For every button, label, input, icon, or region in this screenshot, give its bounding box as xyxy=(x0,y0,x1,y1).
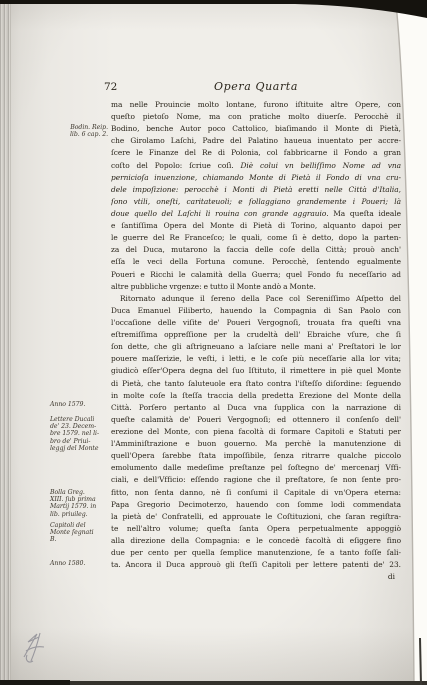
body-text-roman: ta. Ancora il Duca approuò gli ſteſſi Ca… xyxy=(111,560,401,569)
body-line: pernicioſa inuenzione, chiamando Monte d… xyxy=(111,172,401,184)
body-line: pouere maſſerizie, le veſti, i letti, e … xyxy=(111,353,401,365)
body-line: ta. Ancora il Duca approuò gli ſteſſi Ca… xyxy=(111,559,401,571)
body-text-roman: queſto pietoſo Nome, ma con pratiche mol… xyxy=(111,112,401,121)
body-line: ſon dette, che gli aſtrigneuano a laſcia… xyxy=(111,341,401,353)
body-text-italic: ſono vtili, oneſti, caritateuoli; e ſoll… xyxy=(111,197,401,206)
body-line: eſſa le veci della Fortuna comune. Peroc… xyxy=(111,256,401,268)
body-line: l'occaſione delle viſite de' Poueri Verg… xyxy=(111,317,401,329)
body-line: Bodino, benche Autor poco Cattolico, bia… xyxy=(111,123,401,135)
margin-note-line: XIII. ſub prima xyxy=(50,496,108,503)
body-text-roman: te nell'altro volume; queſta ſanta Opera… xyxy=(111,524,401,533)
margin-note: Bolla Greg.XIII. ſub primaMartij 1579. i… xyxy=(50,489,108,518)
body-line: ma nelle Prouincie molto lontane, furono… xyxy=(111,99,401,111)
body-line: Duca Emanuel Filiberto, hauendo la Compa… xyxy=(111,305,401,317)
margin-note: Bodin. Reip.lib. 6 cap. 2. xyxy=(50,124,108,138)
body-line: due per cento per quella ſemplice manute… xyxy=(111,547,401,559)
photo-top-shadow xyxy=(0,0,427,4)
margin-note-line: bre 1579. nel li- xyxy=(50,430,108,437)
body-line: le guerre del Re Franceſco; le quali, co… xyxy=(111,232,401,244)
margin-note: Anno 1580. xyxy=(50,560,108,567)
body-line: Ritornato adunque il ſereno della Pace c… xyxy=(111,293,401,305)
body-line: giudicò eſſer'Opera degna del ſuo Iſtitu… xyxy=(111,365,401,377)
margin-note-line: Martij 1579. in xyxy=(50,503,108,510)
body-line: za del Duca, mutarono la faccia delle co… xyxy=(111,244,401,256)
body-line: in molte coſe la ſteſſa traccia della pr… xyxy=(111,390,401,402)
body-text-roman: Ritornato adunque il ſereno della Pace c… xyxy=(120,294,401,303)
margin-note-line: bro de' Priui- xyxy=(50,438,108,445)
body-line: che Girolamo Laſchi, Padre del Palatino … xyxy=(111,135,401,147)
body-text-roman: due per cento per quella ſemplice manute… xyxy=(111,548,401,557)
body-line: eſtremiſſima oppreſſione per la crudeltà… xyxy=(111,329,401,341)
body-line: fitto, non ſenta danno, nè ſi conſumi il… xyxy=(111,487,401,499)
body-line: l'Amminiſtrazione e buon gouerno. Ma per… xyxy=(111,438,401,450)
body-line: alla direzione della Compagnia: e le con… xyxy=(111,535,401,547)
body-line: Poueri e Ricchi le calamità della Guerra… xyxy=(111,269,401,281)
margin-note-line: Bodin. Reip. xyxy=(50,124,108,131)
body-text-roman: Ma queſta ideale xyxy=(329,209,401,218)
margin-note-line: lib. 6 cap. 2. xyxy=(50,131,108,138)
body-text-roman: ciali, e dell'Vfficio: eſſendo ragione c… xyxy=(111,475,401,484)
body-line: altre pubbliche vrgenze: e tutto il Mont… xyxy=(111,281,401,293)
margin-note-line: Anno 1580. xyxy=(50,560,108,567)
body-text-italic: Diè colui vn belliſſimo Nome ad vna xyxy=(241,161,401,170)
body-text-roman: in molte coſe la ſteſſa traccia della pr… xyxy=(111,391,401,400)
body-text-roman: di Pietà, che tanto ſaluteuole era ſtato… xyxy=(111,379,401,388)
body-text-roman: ma nelle Prouincie molto lontane, furono… xyxy=(111,100,401,109)
book-page-photo: 72 Opera Quarta ma nelle Prouincie molto… xyxy=(0,0,427,685)
body-line: quell'Opera ſarebbe ſtata impoſſibile, ſ… xyxy=(111,450,401,462)
body-line: erezione del Monte, con piena facoltà di… xyxy=(111,426,401,438)
body-line: queſte calamità de' Poueri Vergognoſi; e… xyxy=(111,414,401,426)
margin-note-line: Monte ſegnati xyxy=(50,529,108,536)
body-line: emolumento dalle medeſime preſtanze pel … xyxy=(111,462,401,474)
margin-note: Anno 1579. xyxy=(50,401,108,408)
body-text-roman: e ſantiſſima Opera del Monte di Pietà di… xyxy=(111,221,401,230)
body-text-roman: Città. Porſero pertanto al Duca vna ſupp… xyxy=(111,403,401,412)
body-text-roman: queſte calamità de' Poueri Vergognoſi; e… xyxy=(111,415,401,424)
body-text-roman: emolumento dalle medeſime preſtanze pel … xyxy=(111,463,401,472)
body-line: di Pietà, che tanto ſaluteuole era ſtato… xyxy=(111,378,401,390)
margin-note-line: Bolla Greg. xyxy=(50,489,108,496)
handwritten-mark xyxy=(24,633,44,662)
body-text-roman: l'occaſione delle viſite de' Poueri Verg… xyxy=(111,318,401,327)
body-line: Città. Porſero pertanto al Duca vna ſupp… xyxy=(111,402,401,414)
body-text-roman: eſſa le veci della Fortuna comune. Peroc… xyxy=(111,257,401,266)
body-text-roman: alla direzione della Compagnia: e le con… xyxy=(111,536,401,545)
margin-note-line: Anno 1579. xyxy=(50,401,108,408)
book-page-edges xyxy=(0,0,11,685)
body-line: ſono vtili, oneſti, caritateuoli; e ſoll… xyxy=(111,196,401,208)
body-text-roman: za del Duca, mutarono la faccia delle co… xyxy=(111,245,401,254)
body-text-roman: pouere maſſerizie, le veſti, i letti, e … xyxy=(111,354,401,363)
body-line: ciali, e dell'Vfficio: eſſendo ragione c… xyxy=(111,474,401,486)
body-text-roman: ſon dette, che gli aſtrigneuano a laſcia… xyxy=(111,342,401,351)
body-line: coſto del Popolo: ſcriue coſì. Diè colui… xyxy=(111,160,401,172)
margin-note: Lettere Ducalide' 23. Decem-bre 1579. ne… xyxy=(50,416,108,452)
body-text-roman: ſcere le Finanze del Re di Polonia, col … xyxy=(111,148,401,157)
body-text-roman: Bodino, benche Autor poco Cattolico, bia… xyxy=(111,124,401,133)
catchword: di xyxy=(111,571,401,583)
margin-note-line: de' 23. Decem- xyxy=(50,423,108,430)
margin-note-line: leggj del Monte xyxy=(50,445,108,452)
body-line: queſto pietoſo Nome, ma con pratiche mol… xyxy=(111,111,401,123)
body-text-roman: erezione del Monte, con piena facoltà di… xyxy=(111,427,401,436)
photo-top-right-shadow xyxy=(295,0,427,18)
margin-note-line: B. xyxy=(50,536,108,543)
body-text-roman: Poueri e Ricchi le calamità della Guerra… xyxy=(111,270,401,279)
body-text-italic: dele impoſizione: perocchè i Monti di Pi… xyxy=(111,185,401,194)
body-line: te nell'altro volume; queſta ſanta Opera… xyxy=(111,523,401,535)
body-text-italic: pernicioſa inuenzione, chiamando Monte d… xyxy=(111,173,401,182)
running-title: Opera Quarta xyxy=(111,80,401,93)
body-line: e ſantiſſima Opera del Monte di Pietà di… xyxy=(111,220,401,232)
body-text-roman: altre pubbliche vrgenze: e tutto il Mont… xyxy=(111,282,316,291)
body-text: ma nelle Prouincie molto lontane, furono… xyxy=(111,99,401,583)
margin-note-line: Lettere Ducali xyxy=(50,416,108,423)
body-text-roman: la pietà de' Confratelli, ed approuate l… xyxy=(111,512,401,521)
body-line: la pietà de' Confratelli, ed approuate l… xyxy=(111,511,401,523)
body-text-roman: fitto, non ſenta danno, nè ſi conſumi il… xyxy=(111,488,401,497)
body-text-italic: doue quello del Laſchi li rouina con gra… xyxy=(111,209,329,218)
margin-note-line: lib. priuileg. xyxy=(50,511,108,518)
body-line: ſcere le Finanze del Re di Polonia, col … xyxy=(111,147,401,159)
body-text-roman: Duca Emanuel Filiberto, hauendo la Compa… xyxy=(111,306,401,315)
body-text-roman: coſto del Popolo: ſcriue coſì. xyxy=(111,161,241,170)
body-text-roman: l'Amminiſtrazione e buon gouerno. Ma per… xyxy=(111,439,401,448)
body-text-roman: le guerre del Re Franceſco; le quali, co… xyxy=(111,233,401,242)
margin-note: Capitoli delMonte ſegnatiB. xyxy=(50,522,108,544)
body-text-roman: che Girolamo Laſchi, Padre del Palatino … xyxy=(111,136,401,145)
body-text-roman: giudicò eſſer'Opera degna del ſuo Iſtitu… xyxy=(111,366,401,375)
margin-note-line: Capitoli del xyxy=(50,522,108,529)
body-text-roman: Papa Gregorio Decimoterzo, hauendo con ſ… xyxy=(111,500,401,509)
body-text-roman: quell'Opera ſarebbe ſtata impoſſibile, ſ… xyxy=(111,451,401,460)
body-line: doue quello del Laſchi li rouina con gra… xyxy=(111,208,401,220)
body-text-roman: eſtremiſſima oppreſſione per la crudeltà… xyxy=(111,330,401,339)
body-line: dele impoſizione: perocchè i Monti di Pi… xyxy=(111,184,401,196)
page-edge-dark-line xyxy=(420,638,421,685)
photo-bottom-shadow xyxy=(0,681,427,685)
body-line: Papa Gregorio Decimoterzo, hauendo con ſ… xyxy=(111,499,401,511)
